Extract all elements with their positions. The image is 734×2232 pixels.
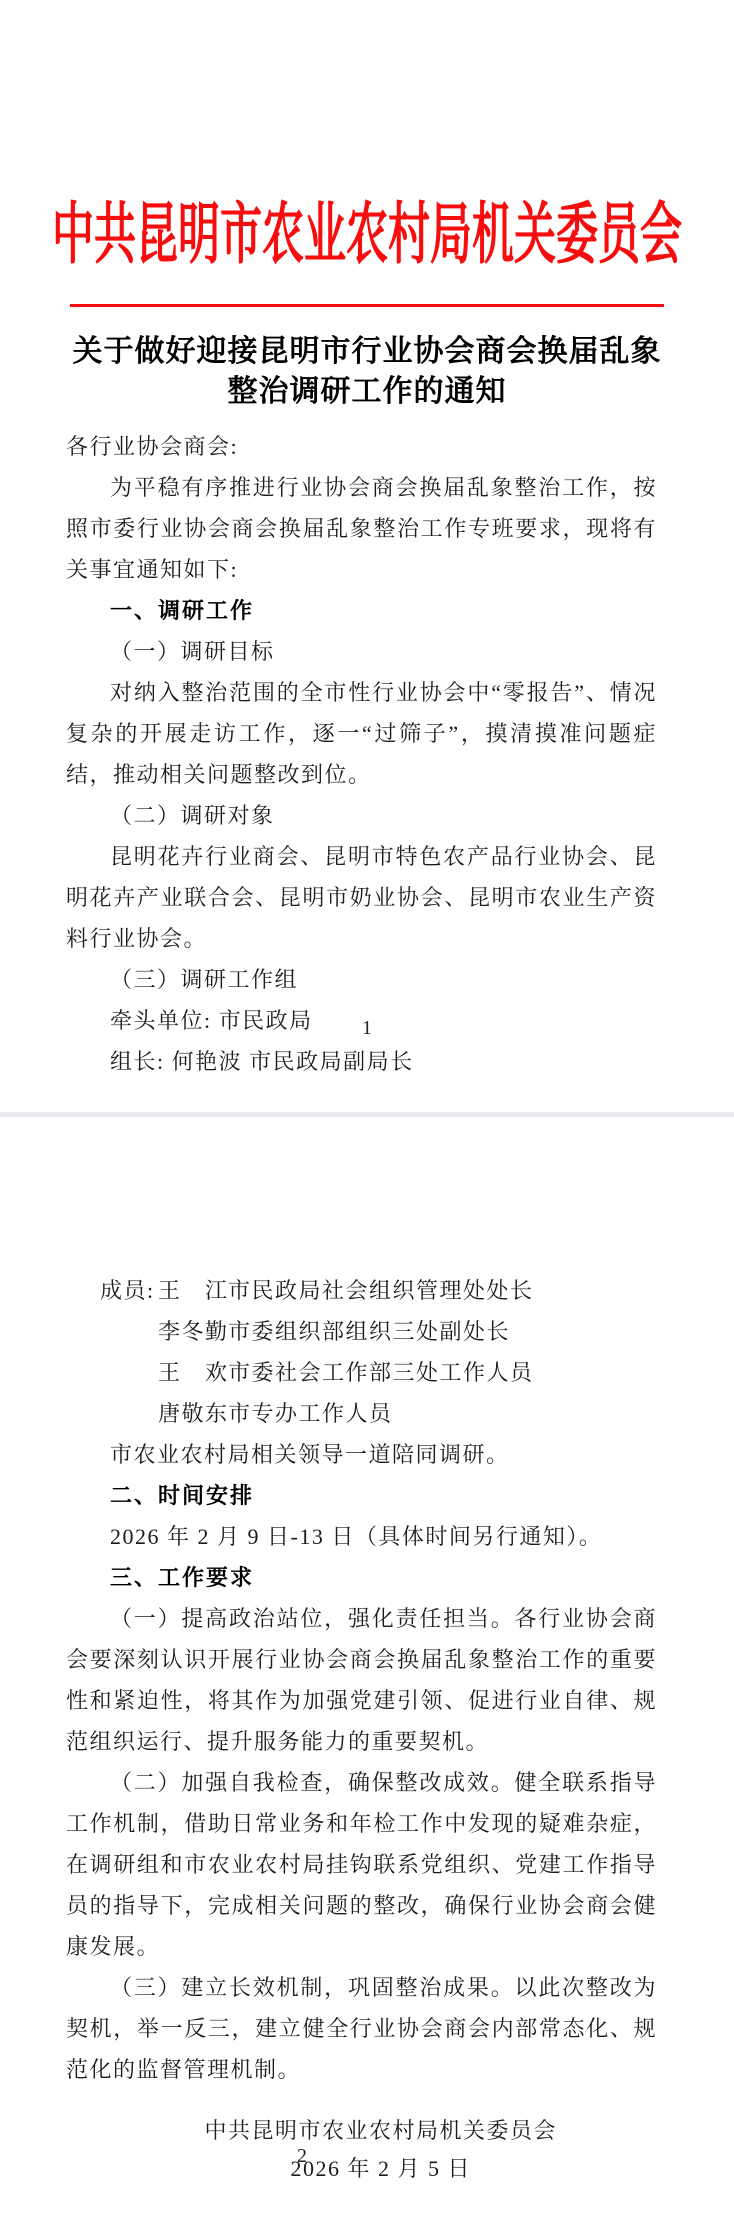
member-row: 李冬勤 市委组织部组织三处副处长: [66, 1311, 657, 1352]
requirement-2: （二）加强自我检查，确保整改成效。健全联系指导工作机制，借助日常业务和年检工作中…: [66, 1762, 657, 1967]
page-1-body: 各行业协会商会: 为平稳有序推进行业协会商会换届乱象整治工作，按照市委行业协会商…: [0, 426, 734, 1082]
member-title: 市专办工作人员: [228, 1393, 657, 1434]
members-label-spacer: [100, 1311, 158, 1352]
page-number-2: 2: [297, 2145, 307, 2168]
signature-organization: 中共昆明市农业农村局机关委员会: [204, 2112, 557, 2150]
page-2: 成员: 王 江 市民政局社会组织管理处处长 李冬勤 市委组织部组织三处副处长 王…: [0, 1117, 734, 2232]
accompany-line: 市农业农村局相关领导一道陪同调研。: [66, 1434, 657, 1475]
page-number-1: 1: [0, 1017, 734, 1040]
member-row: 王 欢 市委社会工作部三处工作人员: [66, 1352, 657, 1393]
member-name: 唐敬东: [158, 1393, 228, 1434]
member-name: 王 欢: [158, 1352, 228, 1393]
members-label: 成员:: [100, 1270, 158, 1311]
member-title: 市委组织部组织三处副处长: [228, 1311, 657, 1352]
letterhead: 中共昆明市农业农村局机关委员会: [0, 228, 734, 270]
member-row: 成员: 王 江 市民政局社会组织管理处处长: [66, 1270, 657, 1311]
member-name: 王 江: [158, 1270, 228, 1311]
signature-date: 2026 年 2 月 5 日: [204, 2150, 557, 2188]
subsection-1-body: 对纳入整治范围的全市性行业协会中“零报告”、情况复杂的开展走访工作，逐一“过筛子…: [66, 672, 657, 795]
members-label-spacer: [100, 1393, 158, 1434]
subsection-2-heading: （二）调研对象: [66, 795, 657, 836]
signature-block: 中共昆明市农业农村局机关委员会 2026 年 2 月 5 日: [204, 2112, 557, 2188]
page-1: 中共昆明市农业农村局机关委员会 关于做好迎接昆明市行业协会商会换届乱象 整治调研…: [0, 0, 734, 1112]
section-1-heading: 一、调研工作: [66, 590, 657, 631]
members-label-spacer: [100, 1352, 158, 1393]
section-3-heading: 三、工作要求: [66, 1557, 657, 1598]
member-name: 李冬勤: [158, 1311, 228, 1352]
salutation: 各行业协会商会:: [66, 426, 657, 467]
subsection-1-heading: （一）调研目标: [66, 631, 657, 672]
document-title-line1: 关于做好迎接昆明市行业协会商会换届乱象: [73, 335, 662, 368]
section-2-heading: 二、时间安排: [66, 1475, 657, 1516]
requirement-3: （三）建立长效机制，巩固整治成果。以此次整改为契机，举一反三，建立健全行业协会商…: [66, 1967, 657, 2090]
page-2-body: 成员: 王 江 市民政局社会组织管理处处长 李冬勤 市委组织部组织三处副处长 王…: [0, 1117, 734, 2188]
official-notice-document: 中共昆明市农业农村局机关委员会 关于做好迎接昆明市行业协会商会换届乱象 整治调研…: [0, 0, 734, 2232]
group-leader-line: 组长: 何艳波 市民政局副局长: [66, 1041, 657, 1082]
subsection-3-heading: （三）调研工作组: [66, 959, 657, 1000]
subsection-2-body: 昆明花卉行业商会、昆明市特色农产品行业协会、昆明花卉产业联合会、昆明市奶业协会、…: [66, 836, 657, 959]
intro-paragraph: 为平稳有序推进行业协会商会换届乱象整治工作，按照市委行业协会商会换届乱象整治工作…: [66, 467, 657, 590]
member-title: 市民政局社会组织管理处处长: [228, 1270, 657, 1311]
time-line: 2026 年 2 月 9 日-13 日（具体时间另行通知）。: [66, 1516, 657, 1557]
member-title: 市委社会工作部三处工作人员: [228, 1352, 657, 1393]
member-row: 唐敬东 市专办工作人员: [66, 1393, 657, 1434]
letterhead-title: 中共昆明市农业农村局机关委员会: [52, 203, 682, 270]
requirement-1: （一）提高政治站位，强化责任担当。各行业协会商会要深刻认识开展行业协会商会换届乱…: [66, 1598, 657, 1762]
document-title-line2: 整治调研工作的通知: [228, 375, 507, 408]
document-title: 关于做好迎接昆明市行业协会商会换届乱象 整治调研工作的通知: [0, 332, 734, 412]
red-divider-line: [70, 304, 664, 307]
